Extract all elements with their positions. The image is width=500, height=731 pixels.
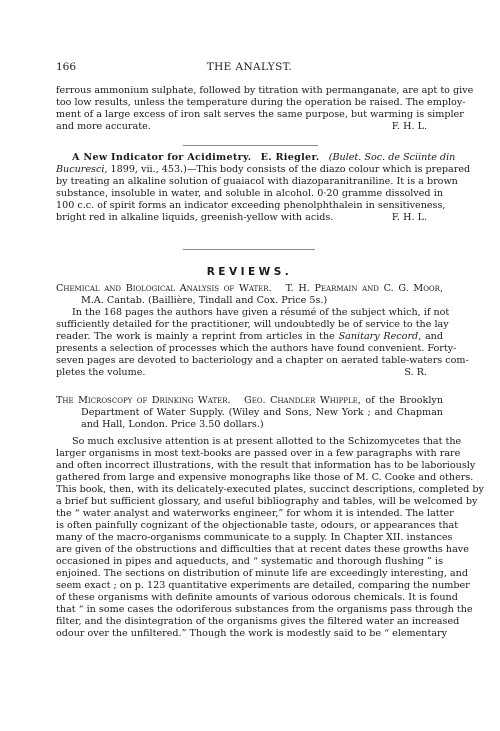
review-microscopy-drinking-water: The Microscopy of Drinking Water. Geo. C… [56, 395, 443, 431]
text-line: many of the macro-organisms communicate … [56, 532, 443, 544]
text-line-content: bright red in alkaline liquids, greenish… [56, 212, 333, 223]
text-line: bright red in alkaline liquids, greenish… [56, 212, 443, 224]
text-line-content: pletes the volume. [56, 367, 145, 378]
abstract-author: E. Riegler. [261, 152, 320, 163]
text-line-content: 1899, vii., 453.)—This body consists of … [107, 164, 470, 175]
text-line: So much exclusive attention is at presen… [56, 436, 443, 448]
text-line: Department of Water Supply. (Wiley and S… [56, 407, 443, 419]
signature: S. R. [404, 367, 427, 379]
text-line: 100 c.c. of spirit forms an indicator ex… [56, 200, 443, 212]
text-line: Chemical and Biological Analysis of Wate… [56, 283, 443, 295]
text-line: ment of a large excess of iron salt serv… [56, 109, 443, 121]
abstract-new-indicator: A New Indicator for Acidimetry. E. Riegl… [56, 152, 443, 224]
review-title: The Microscopy of Drinking Water. [56, 395, 231, 406]
text-line: ferrous ammonium sulphate, followed by t… [56, 85, 443, 97]
text-line: is often painfully cognizant of the obje… [56, 520, 443, 532]
review-title: Chemical and Biological Analysis of Wate… [56, 283, 272, 294]
text-line: reader. The work is mainly a reprint fro… [56, 331, 443, 343]
text-line: larger organisms in most text-books are … [56, 448, 443, 460]
text-line: are given of the obstructions and diffic… [56, 544, 443, 556]
text-line: the “ water analyst and waterworks engin… [56, 508, 443, 520]
text-line: gathered from large and expensive monogr… [56, 472, 443, 484]
text-line: enjoined. The sections on distribution o… [56, 568, 443, 580]
text-line: The Microscopy of Drinking Water. Geo. C… [56, 395, 443, 407]
text-line-content: reader. The work is mainly a reprint fro… [56, 331, 339, 342]
text-line: a brief but sufficient glossary, and use… [56, 496, 443, 508]
text-line: seem exact ; on p. 123 quantitative expe… [56, 580, 443, 592]
section-divider [183, 249, 315, 250]
text-line: and often incorrect illustrations, with … [56, 460, 443, 472]
running-title: THE ANALYST. [56, 61, 443, 73]
review-chemical-biological-analysis: Chemical and Biological Analysis of Wate… [56, 283, 443, 379]
text-line: and more accurate. F. H. L. [56, 121, 443, 133]
text-line: pletes the volume. S. R. [56, 367, 443, 379]
text-line: filter, and the disintegration of the or… [56, 616, 443, 628]
text-line-content: and more accurate. [56, 121, 151, 132]
reviews-heading: REVIEWS. [56, 266, 443, 278]
section-divider [183, 145, 318, 146]
text-line: seven pages are devoted to bacteriology … [56, 355, 443, 367]
page-header: 166 THE ANALYST. [56, 61, 443, 75]
text-line: Bucuresci, 1899, vii., 453.)—This body c… [56, 164, 443, 176]
text-line: that “ in some cases the odoriferous sub… [56, 604, 443, 616]
text-line: too low results, unless the temperature … [56, 97, 443, 109]
text-line: substance, insoluble in water, and solub… [56, 188, 443, 200]
text-line: M.A. Cantab. (Baillière, Tindall and Cox… [56, 295, 443, 307]
journal-name: Sanitary Record [339, 331, 419, 342]
signature: F. H. L. [392, 212, 427, 224]
abstract-citation: (Bulet. Soc. de Sciinte din [329, 152, 456, 163]
text-line: presents a selection of processes which … [56, 343, 443, 355]
review-body: So much exclusive attention is at presen… [56, 436, 443, 640]
text-line: sufficiently detailed for the practition… [56, 319, 443, 331]
text-line-content: , and [418, 331, 443, 342]
continuation-paragraph: ferrous ammonium sulphate, followed by t… [56, 85, 443, 133]
review-authors: T. H. Pearmain and C. G. Moor, [286, 283, 443, 294]
text-line: and Hall, London. Price 3.50 dollars.) [56, 419, 443, 431]
signature: F. H. L. [392, 121, 427, 133]
text-line: In the 168 pages the authors have given … [56, 307, 443, 319]
citation-place: Bucuresci, [56, 164, 107, 175]
review-authors: Geo. Chandler Whipple, [244, 395, 361, 406]
abstract-title: A New Indicator for Acidimetry. [72, 152, 251, 163]
text-line: A New Indicator for Acidimetry. E. Riegl… [56, 152, 443, 164]
text-line: by treating an alkaline solution of guai… [56, 176, 443, 188]
text-line: odour over the unfiltered.” Though the w… [56, 628, 443, 640]
text-line: This book, then, with its delicately-exe… [56, 484, 443, 496]
text-line: occasioned in pipes and aqueducts, and “… [56, 556, 443, 568]
text-line-content: of the Brooklyn [361, 395, 443, 406]
text-line: of these organisms with definite amounts… [56, 592, 443, 604]
